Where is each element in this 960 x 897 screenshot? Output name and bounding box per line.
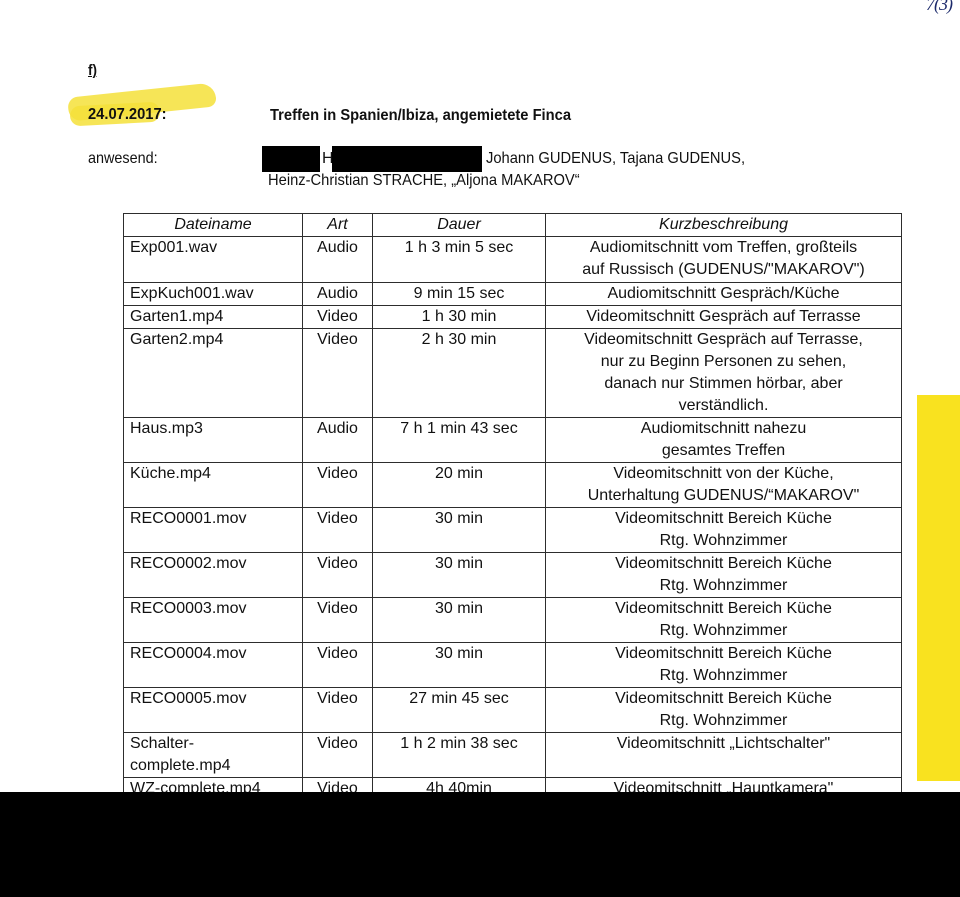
cell-filename: RECO0004.mov [124,643,303,688]
table-row: RECO0004.movVideo30 minVideomitschnitt B… [124,643,902,688]
description-line: nur zu Beginn Personen zu sehen, [550,351,897,373]
filename-text: Exp001.wav [130,237,298,259]
cell-description: Videomitschnitt Bereich KücheRtg. Wohnzi… [546,598,902,643]
cell-filename: RECO0002.mov [124,553,303,598]
description-line: Videomitschnitt Bereich Küche [550,553,897,575]
cell-duration: 20 min [373,463,546,508]
redaction-box [332,146,482,172]
cell-duration: 1 h 3 min 5 sec [373,237,546,283]
cell-filename: Garten2.mp4 [124,329,303,418]
table-row: RECO0005.movVideo27 min 45 secVideomitsc… [124,688,902,733]
filename-text: RECO0005.mov [130,688,298,710]
description-line: gesamtes Treffen [550,440,897,462]
attendees-label: anwesend: [88,150,158,168]
cell-type: Video [303,733,373,778]
meeting-date: 24.07.2017: [88,106,167,124]
cell-description: Videomitschnitt Gespräch auf Terrasse,nu… [546,329,902,418]
cell-filename: ExpKuch001.wav [124,283,303,306]
filename-text: Garten2.mp4 [130,329,298,351]
table-header-row: Dateiname Art Dauer Kurzbeschreibung [124,214,902,237]
filename-text: Schalter- [130,733,298,755]
table-body: Exp001.wavAudio1 h 3 min 5 secAudiomitsc… [124,237,902,801]
handwritten-page-mark: 7(3) [926,0,952,15]
cell-type: Video [303,306,373,329]
description-line: Videomitschnitt Bereich Küche [550,508,897,530]
description-line: Videomitschnitt Gespräch auf Terrasse, [550,329,897,351]
cell-type: Video [303,688,373,733]
cell-type: Video [303,643,373,688]
description-line: danach nur Stimmen hörbar, aber [550,373,897,395]
table-row: RECO0003.movVideo30 minVideomitschnitt B… [124,598,902,643]
cell-filename: Exp001.wav [124,237,303,283]
description-line: Videomitschnitt Bereich Küche [550,643,897,665]
description-line: Rtg. Wohnzimmer [550,665,897,687]
description-line: Videomitschnitt Gespräch auf Terrasse [550,306,897,328]
description-line: Rtg. Wohnzimmer [550,620,897,642]
description-line: auf Russisch (GUDENUS/"MAKAROV") [550,259,897,281]
section-label: f) [88,62,97,79]
cell-type: Video [303,508,373,553]
description-line: Unterhaltung GUDENUS/“MAKAROV" [550,485,897,507]
description-line: Rtg. Wohnzimmer [550,530,897,552]
cell-filename: RECO0005.mov [124,688,303,733]
cell-description: Videomitschnitt Bereich KücheRtg. Wohnzi… [546,553,902,598]
cell-duration: 30 min [373,598,546,643]
filename-text: complete.mp4 [130,755,298,777]
cell-filename: RECO0001.mov [124,508,303,553]
cell-type: Audio [303,418,373,463]
description-line: Rtg. Wohnzimmer [550,710,897,732]
description-line: Videomitschnitt „Lichtschalter" [550,733,897,755]
cell-filename: Garten1.mp4 [124,306,303,329]
cell-type: Video [303,598,373,643]
recordings-table: Dateiname Art Dauer Kurzbeschreibung Exp… [123,213,902,801]
cell-description: Audiomitschnitt nahezugesamtes Treffen [546,418,902,463]
table-row: ExpKuch001.wavAudio9 min 15 secAudiomits… [124,283,902,306]
redaction-box [262,146,320,172]
description-line: Audiomitschnitt vom Treffen, großteils [550,237,897,259]
table-row: Garten1.mp4Video1 h 30 minVideomitschnit… [124,306,902,329]
description-line: Videomitschnitt Bereich Küche [550,688,897,710]
table-row: Garten2.mp4Video2 h 30 minVideomitschnit… [124,329,902,418]
filename-text: ExpKuch001.wav [130,283,298,305]
cell-duration: 1 h 2 min 38 sec [373,733,546,778]
cell-type: Video [303,553,373,598]
header-description: Kurzbeschreibung [546,214,902,237]
cell-description: Videomitschnitt Bereich KücheRtg. Wohnzi… [546,688,902,733]
header-filename: Dateiname [124,214,303,237]
filename-text: Garten1.mp4 [130,306,298,328]
cell-duration: 1 h 30 min [373,306,546,329]
filename-text: RECO0004.mov [130,643,298,665]
filename-text: RECO0002.mov [130,553,298,575]
cell-type: Audio [303,283,373,306]
description-line: verständlich. [550,395,897,417]
filename-text: Küche.mp4 [130,463,298,485]
filename-text: RECO0001.mov [130,508,298,530]
cell-description: Videomitschnitt Bereich KücheRtg. Wohnzi… [546,643,902,688]
cell-duration: 9 min 15 sec [373,283,546,306]
cell-description: Videomitschnitt Gespräch auf Terrasse [546,306,902,329]
filename-text: RECO0003.mov [130,598,298,620]
table-row: RECO0001.movVideo30 minVideomitschnitt B… [124,508,902,553]
cell-type: Audio [303,237,373,283]
description-line: Videomitschnitt von der Küche, [550,463,897,485]
filename-text: Haus.mp3 [130,418,298,440]
cell-duration: 7 h 1 min 43 sec [373,418,546,463]
cell-duration: 30 min [373,643,546,688]
cell-filename: Haus.mp3 [124,418,303,463]
description-line: Rtg. Wohnzimmer [550,575,897,597]
header-duration: Dauer [373,214,546,237]
description-line: Audiomitschnitt Gespräch/Küche [550,283,897,305]
attendees-names-line-1: Johann GUDENUS, Tajana GUDENUS, [486,150,745,168]
table-row: Exp001.wavAudio1 h 3 min 5 secAudiomitsc… [124,237,902,283]
table-row: RECO0002.movVideo30 minVideomitschnitt B… [124,553,902,598]
cell-duration: 30 min [373,508,546,553]
cell-description: Videomitschnitt „Lichtschalter" [546,733,902,778]
cell-filename: Schalter-complete.mp4 [124,733,303,778]
cell-type: Video [303,329,373,418]
attendees-names-line-2: Heinz-Christian STRACHE, „Aljona MAKAROV… [268,172,580,190]
cell-duration: 27 min 45 sec [373,688,546,733]
table-row: Küche.mp4Video20 minVideomitschnitt von … [124,463,902,508]
cell-filename: Küche.mp4 [124,463,303,508]
cell-description: Videomitschnitt Bereich KücheRtg. Wohnzi… [546,508,902,553]
cell-description: Audiomitschnitt vom Treffen, großteilsau… [546,237,902,283]
table-row: Haus.mp3Audio7 h 1 min 43 secAudiomitsch… [124,418,902,463]
cell-description: Videomitschnitt von der Küche,Unterhaltu… [546,463,902,508]
header-type: Art [303,214,373,237]
cell-filename: RECO0003.mov [124,598,303,643]
bottom-redaction-band [0,792,960,897]
description-line: Audiomitschnitt nahezu [550,418,897,440]
table-row: Schalter-complete.mp4Video1 h 2 min 38 s… [124,733,902,778]
meeting-title: Treffen in Spanien/Ibiza, angemietete Fi… [270,107,571,125]
cell-duration: 2 h 30 min [373,329,546,418]
cell-duration: 30 min [373,553,546,598]
cell-type: Video [303,463,373,508]
yellow-sticky-tab [917,395,960,781]
description-line: Videomitschnitt Bereich Küche [550,598,897,620]
cell-description: Audiomitschnitt Gespräch/Küche [546,283,902,306]
